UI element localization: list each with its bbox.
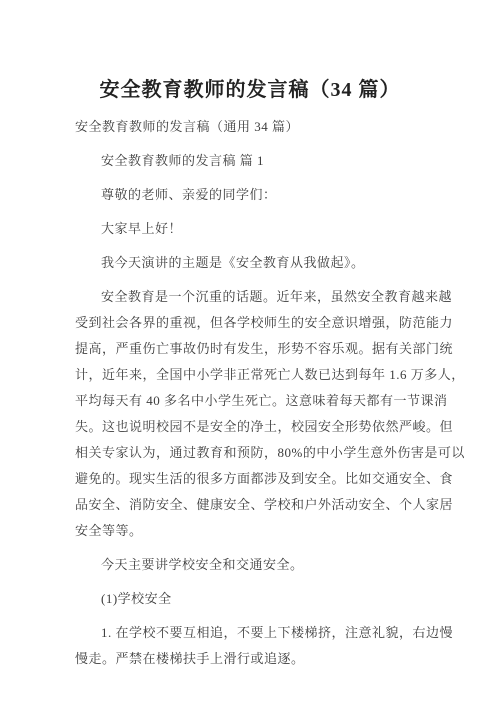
paragraph: 安全教育是一个沉重的话题。近年来，虽然安全教育越来越受到社会各界的重视，但各学校… — [75, 284, 465, 544]
paragraph: 安全教育教师的发言稿（通用 34 篇） — [75, 114, 465, 140]
paragraph: 尊敬的老师、亲爱的同学们： — [75, 182, 465, 208]
document-page: 安全教育教师的发言稿（34 篇） 安全教育教师的发言稿（通用 34 篇）安全教育… — [0, 0, 500, 707]
document-title: 安全教育教师的发言稿（34 篇） — [0, 76, 500, 104]
paragraph: 我今天演讲的主题是《安全教育从我做起》。 — [75, 250, 465, 276]
document-body: 安全教育教师的发言稿（通用 34 篇）安全教育教师的发言稿 篇 1尊敬的老师、亲… — [75, 114, 465, 672]
paragraph: (1)学校安全 — [75, 586, 465, 612]
paragraph: 安全教育教师的发言稿 篇 1 — [75, 148, 465, 174]
paragraph: 1. 在学校不要互相追，不要上下楼梯挤，注意礼貌，右边慢慢走。严禁在楼梯扶手上滑… — [75, 620, 465, 672]
paragraph: 大家早上好！ — [75, 216, 465, 242]
paragraph: 今天主要讲学校安全和交通安全。 — [75, 552, 465, 578]
